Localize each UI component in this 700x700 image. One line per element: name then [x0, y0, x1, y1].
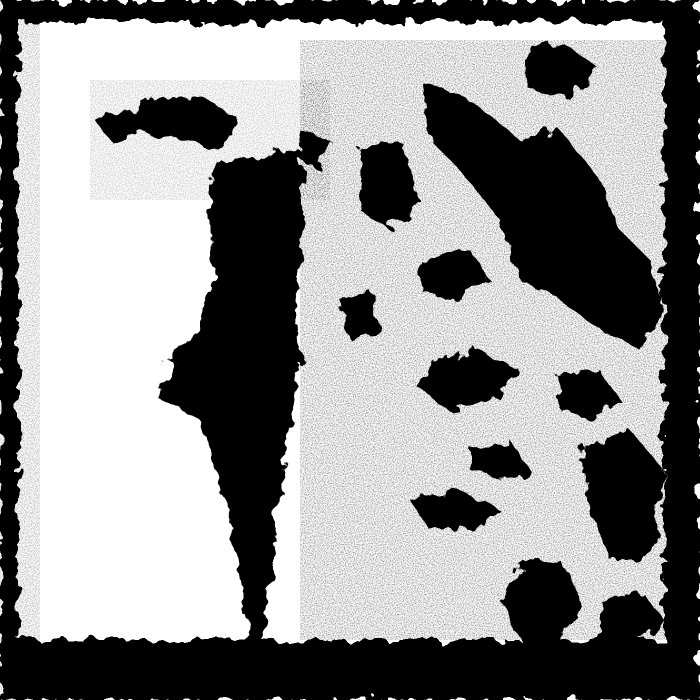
image-artwork	[0, 0, 700, 700]
thresholded-image	[0, 0, 700, 700]
